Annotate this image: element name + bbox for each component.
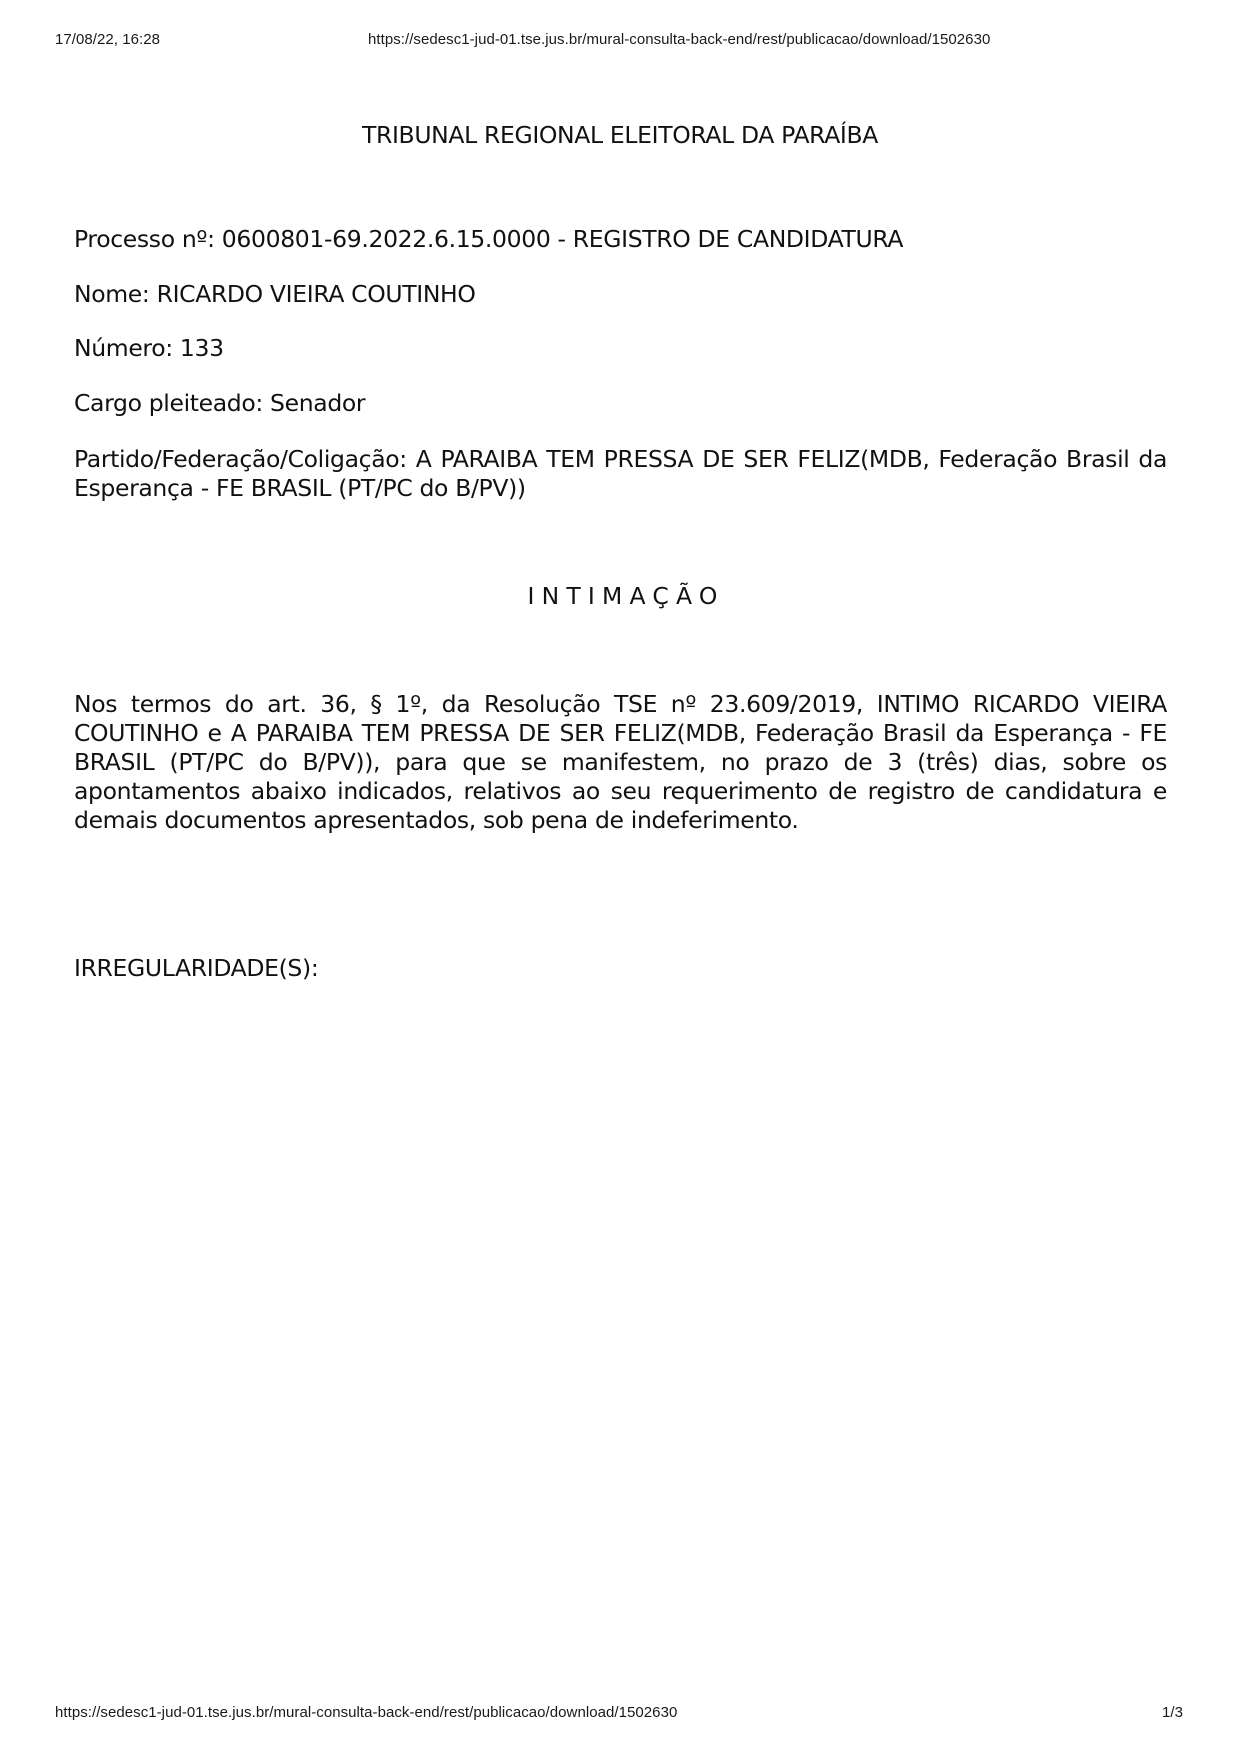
irregularities-label: IRREGULARIDADE(S): xyxy=(74,954,318,983)
candidate-name-field: Nome: RICARDO VIEIRA COUTINHO xyxy=(74,280,1167,309)
candidate-number-field: Número: 133 xyxy=(74,334,1167,363)
court-title: TRIBUNAL REGIONAL ELEITORAL DA PARAÍBA xyxy=(0,120,1240,150)
intimation-heading: INTIMAÇÃO xyxy=(0,581,1240,611)
page-number: 1/3 xyxy=(1162,1704,1183,1722)
print-footer-url: https://sedesc1-jud-01.tse.jus.br/mural-… xyxy=(55,1704,677,1722)
process-number-field: Processo nº: 0600801-69.2022.6.15.0000 -… xyxy=(74,225,1167,254)
intimation-body: Nos termos do art. 36, § 1º, da Resoluçã… xyxy=(74,690,1167,835)
party-coalition-field: Partido/Federação/Coligação: A PARAIBA T… xyxy=(74,445,1167,503)
office-sought-field: Cargo pleiteado: Senador xyxy=(74,389,1167,418)
print-date-time: 17/08/22, 16:28 xyxy=(55,31,160,49)
print-header-url: https://sedesc1-jud-01.tse.jus.br/mural-… xyxy=(368,31,990,49)
